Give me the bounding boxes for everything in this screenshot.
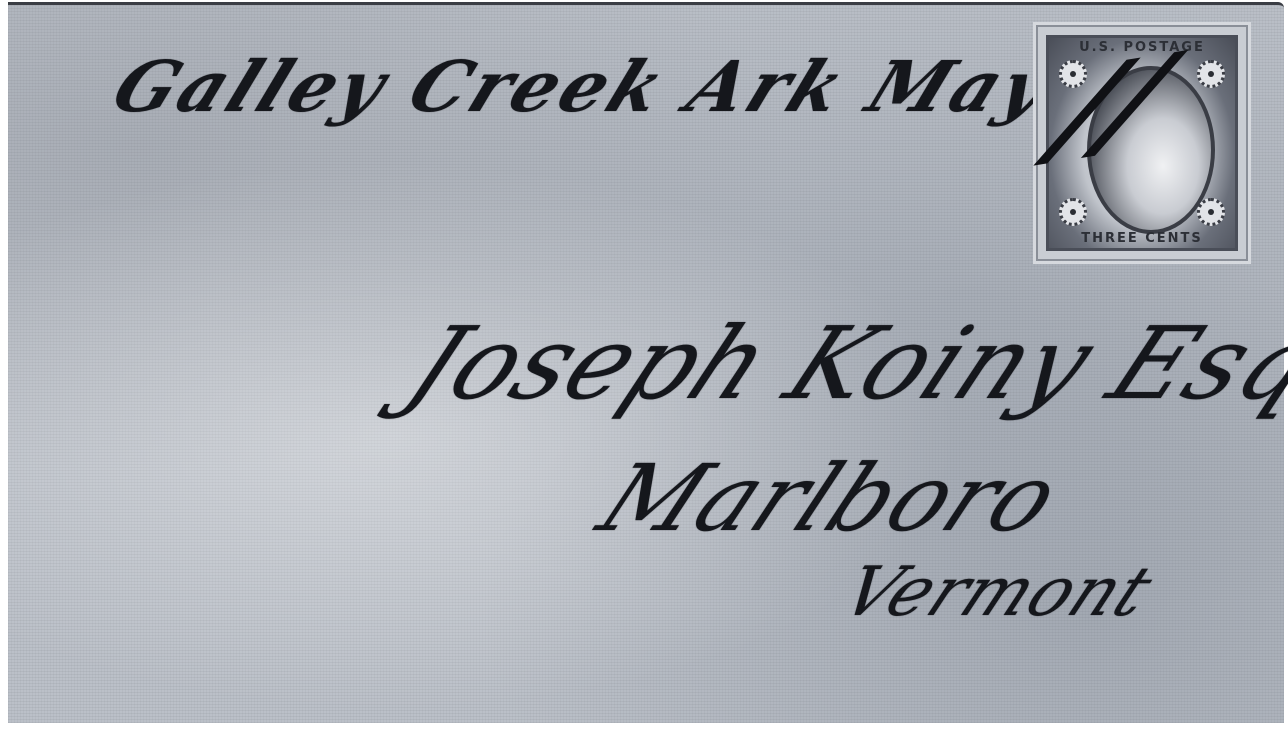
manuscript-postmark: Galley Creek Ark May [101, 45, 1065, 128]
envelope: Galley Creek Ark May U.S. POSTAGE THREE … [8, 2, 1284, 723]
rosette-icon [1197, 198, 1225, 226]
rosette-icon [1197, 60, 1225, 88]
address-state: Vermont [830, 553, 1166, 632]
addressee-name: Joseph Koiny Esq [391, 305, 1288, 422]
stamp-bottom-label: THREE CENTS [1055, 231, 1229, 246]
address-town: Marlboro [583, 445, 1077, 552]
rosette-icon [1059, 198, 1087, 226]
